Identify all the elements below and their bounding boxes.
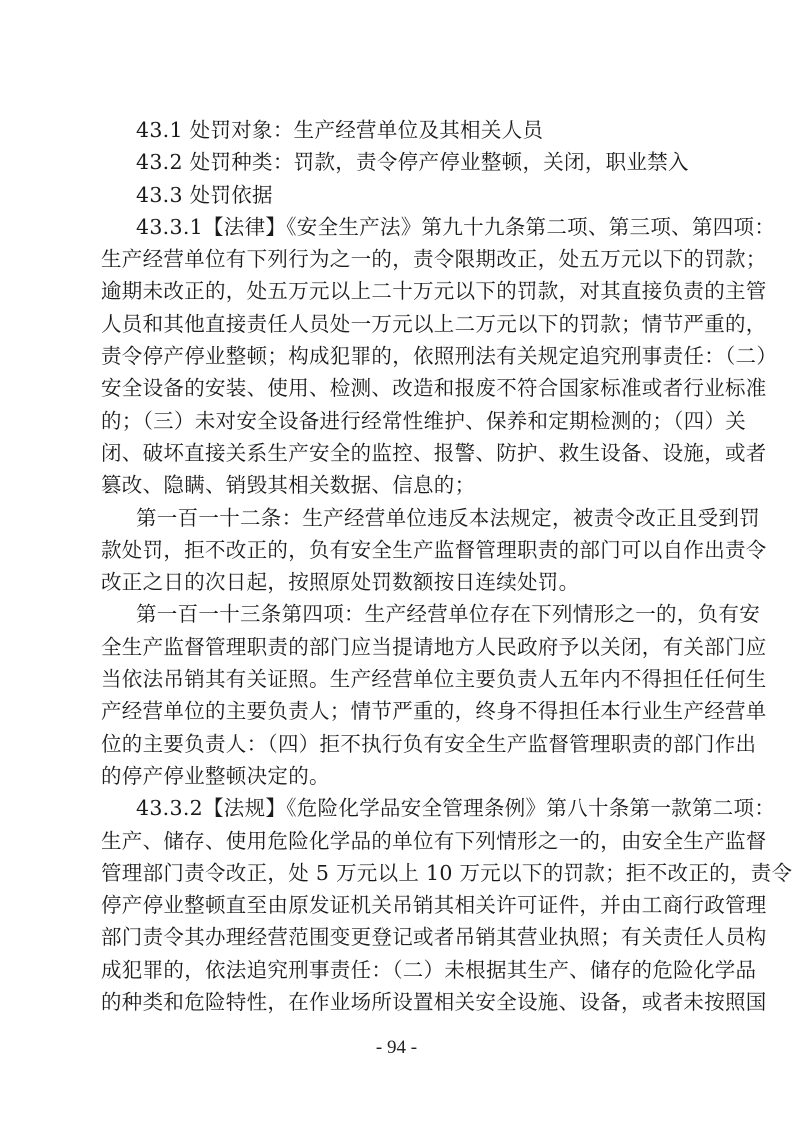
text-line: 的停产停业整顿决定的。: [101, 760, 693, 792]
text-line: 43.3.2【法规】《危险化学品安全管理条例》第八十条第一款第二项：: [101, 792, 693, 824]
text-line: 管理部门责令改正，处 5 万元以上 10 万元以下的罚款；拒不改正的，责令: [101, 857, 693, 889]
text-line: 位的主要负责人：（四）拒不执行负有安全生产监督管理职责的部门作出: [101, 728, 693, 760]
paragraph-p2: 43.2 处罚种类：罚款，责令停产停业整顿，关闭，职业禁入: [101, 146, 693, 178]
document-page: 43.1 处罚对象：生产经营单位及其相关人员43.2 处罚种类：罚款，责令停产停…: [0, 0, 793, 1122]
text-line: 产经营单位的主要负责人；情节严重的，终身不得担任本行业生产经营单: [101, 695, 693, 727]
text-line: 改正之日的次日起，按照原处罚数额按日连续处罚。: [101, 566, 693, 598]
text-line: 的种类和危险特性，在作业场所设置相关安全设施、设备，或者未按照国: [101, 986, 693, 1018]
paragraph-p1: 43.1 处罚对象：生产经营单位及其相关人员: [101, 114, 693, 146]
text-line: 43.1 处罚对象：生产经营单位及其相关人员: [101, 114, 693, 146]
text-line: 当依法吊销其有关证照。生产经营单位主要负责人五年内不得担任任何生: [101, 663, 693, 695]
text-line: 的；（三）未对安全设备进行经常性维护、保养和定期检测的；（四）关: [101, 405, 693, 437]
paragraph-p7: 43.3.2【法规】《危险化学品安全管理条例》第八十条第一款第二项：生产、储存、…: [101, 792, 693, 1018]
text-line: 第一百一十二条：生产经营单位违反本法规定，被责令改正且受到罚: [101, 502, 693, 534]
page-number: - 94 -: [0, 1037, 793, 1059]
text-line: 闭、破坏直接关系生产安全的监控、报警、防护、救生设备、设施，或者: [101, 437, 693, 469]
text-line: 人员和其他直接责任人员处一万元以上二万元以下的罚款；情节严重的，: [101, 308, 693, 340]
document-body: 43.1 处罚对象：生产经营单位及其相关人员43.2 处罚种类：罚款，责令停产停…: [101, 114, 693, 1018]
text-line: 责令停产停业整顿；构成犯罪的，依照刑法有关规定追究刑事责任：（二）: [101, 340, 693, 372]
paragraph-p5: 第一百一十二条：生产经营单位违反本法规定，被责令改正且受到罚款处罚，拒不改正的，…: [101, 502, 693, 599]
text-line: 43.2 处罚种类：罚款，责令停产停业整顿，关闭，职业禁入: [101, 146, 693, 178]
text-line: 全生产监督管理职责的部门应当提请地方人民政府予以关闭，有关部门应: [101, 631, 693, 663]
text-line: 生产、储存、使用危险化学品的单位有下列情形之一的，由安全生产监督: [101, 825, 693, 857]
text-line: 成犯罪的，依法追究刑事责任：（二）未根据其生产、储存的危险化学品: [101, 954, 693, 986]
text-line: 安全设备的安装、使用、检测、改造和报废不符合国家标准或者行业标准: [101, 372, 693, 404]
text-line: 43.3 处罚依据: [101, 179, 693, 211]
text-line: 部门责令其办理经营范围变更登记或者吊销其营业执照；有关责任人员构: [101, 921, 693, 953]
text-line: 第一百一十三条第四项：生产经营单位存在下列情形之一的，负有安: [101, 598, 693, 630]
text-line: 43.3.1【法律】《安全生产法》第九十九条第二项、第三项、第四项：: [101, 211, 693, 243]
paragraph-p4: 43.3.1【法律】《安全生产法》第九十九条第二项、第三项、第四项：生产经营单位…: [101, 211, 693, 502]
text-line: 逾期未改正的，处五万元以上二十万元以下的罚款，对其直接负责的主管: [101, 275, 693, 307]
text-line: 生产经营单位有下列行为之一的，责令限期改正，处五万元以下的罚款；: [101, 243, 693, 275]
text-line: 款处罚，拒不改正的，负有安全生产监督管理职责的部门可以自作出责令: [101, 534, 693, 566]
paragraph-p3: 43.3 处罚依据: [101, 179, 693, 211]
text-line: 篡改、隐瞒、销毁其相关数据、信息的；: [101, 469, 693, 501]
text-line: 停产停业整顿直至由原发证机关吊销其相关许可证件，并由工商行政管理: [101, 889, 693, 921]
paragraph-p6: 第一百一十三条第四项：生产经营单位存在下列情形之一的，负有安全生产监督管理职责的…: [101, 598, 693, 792]
